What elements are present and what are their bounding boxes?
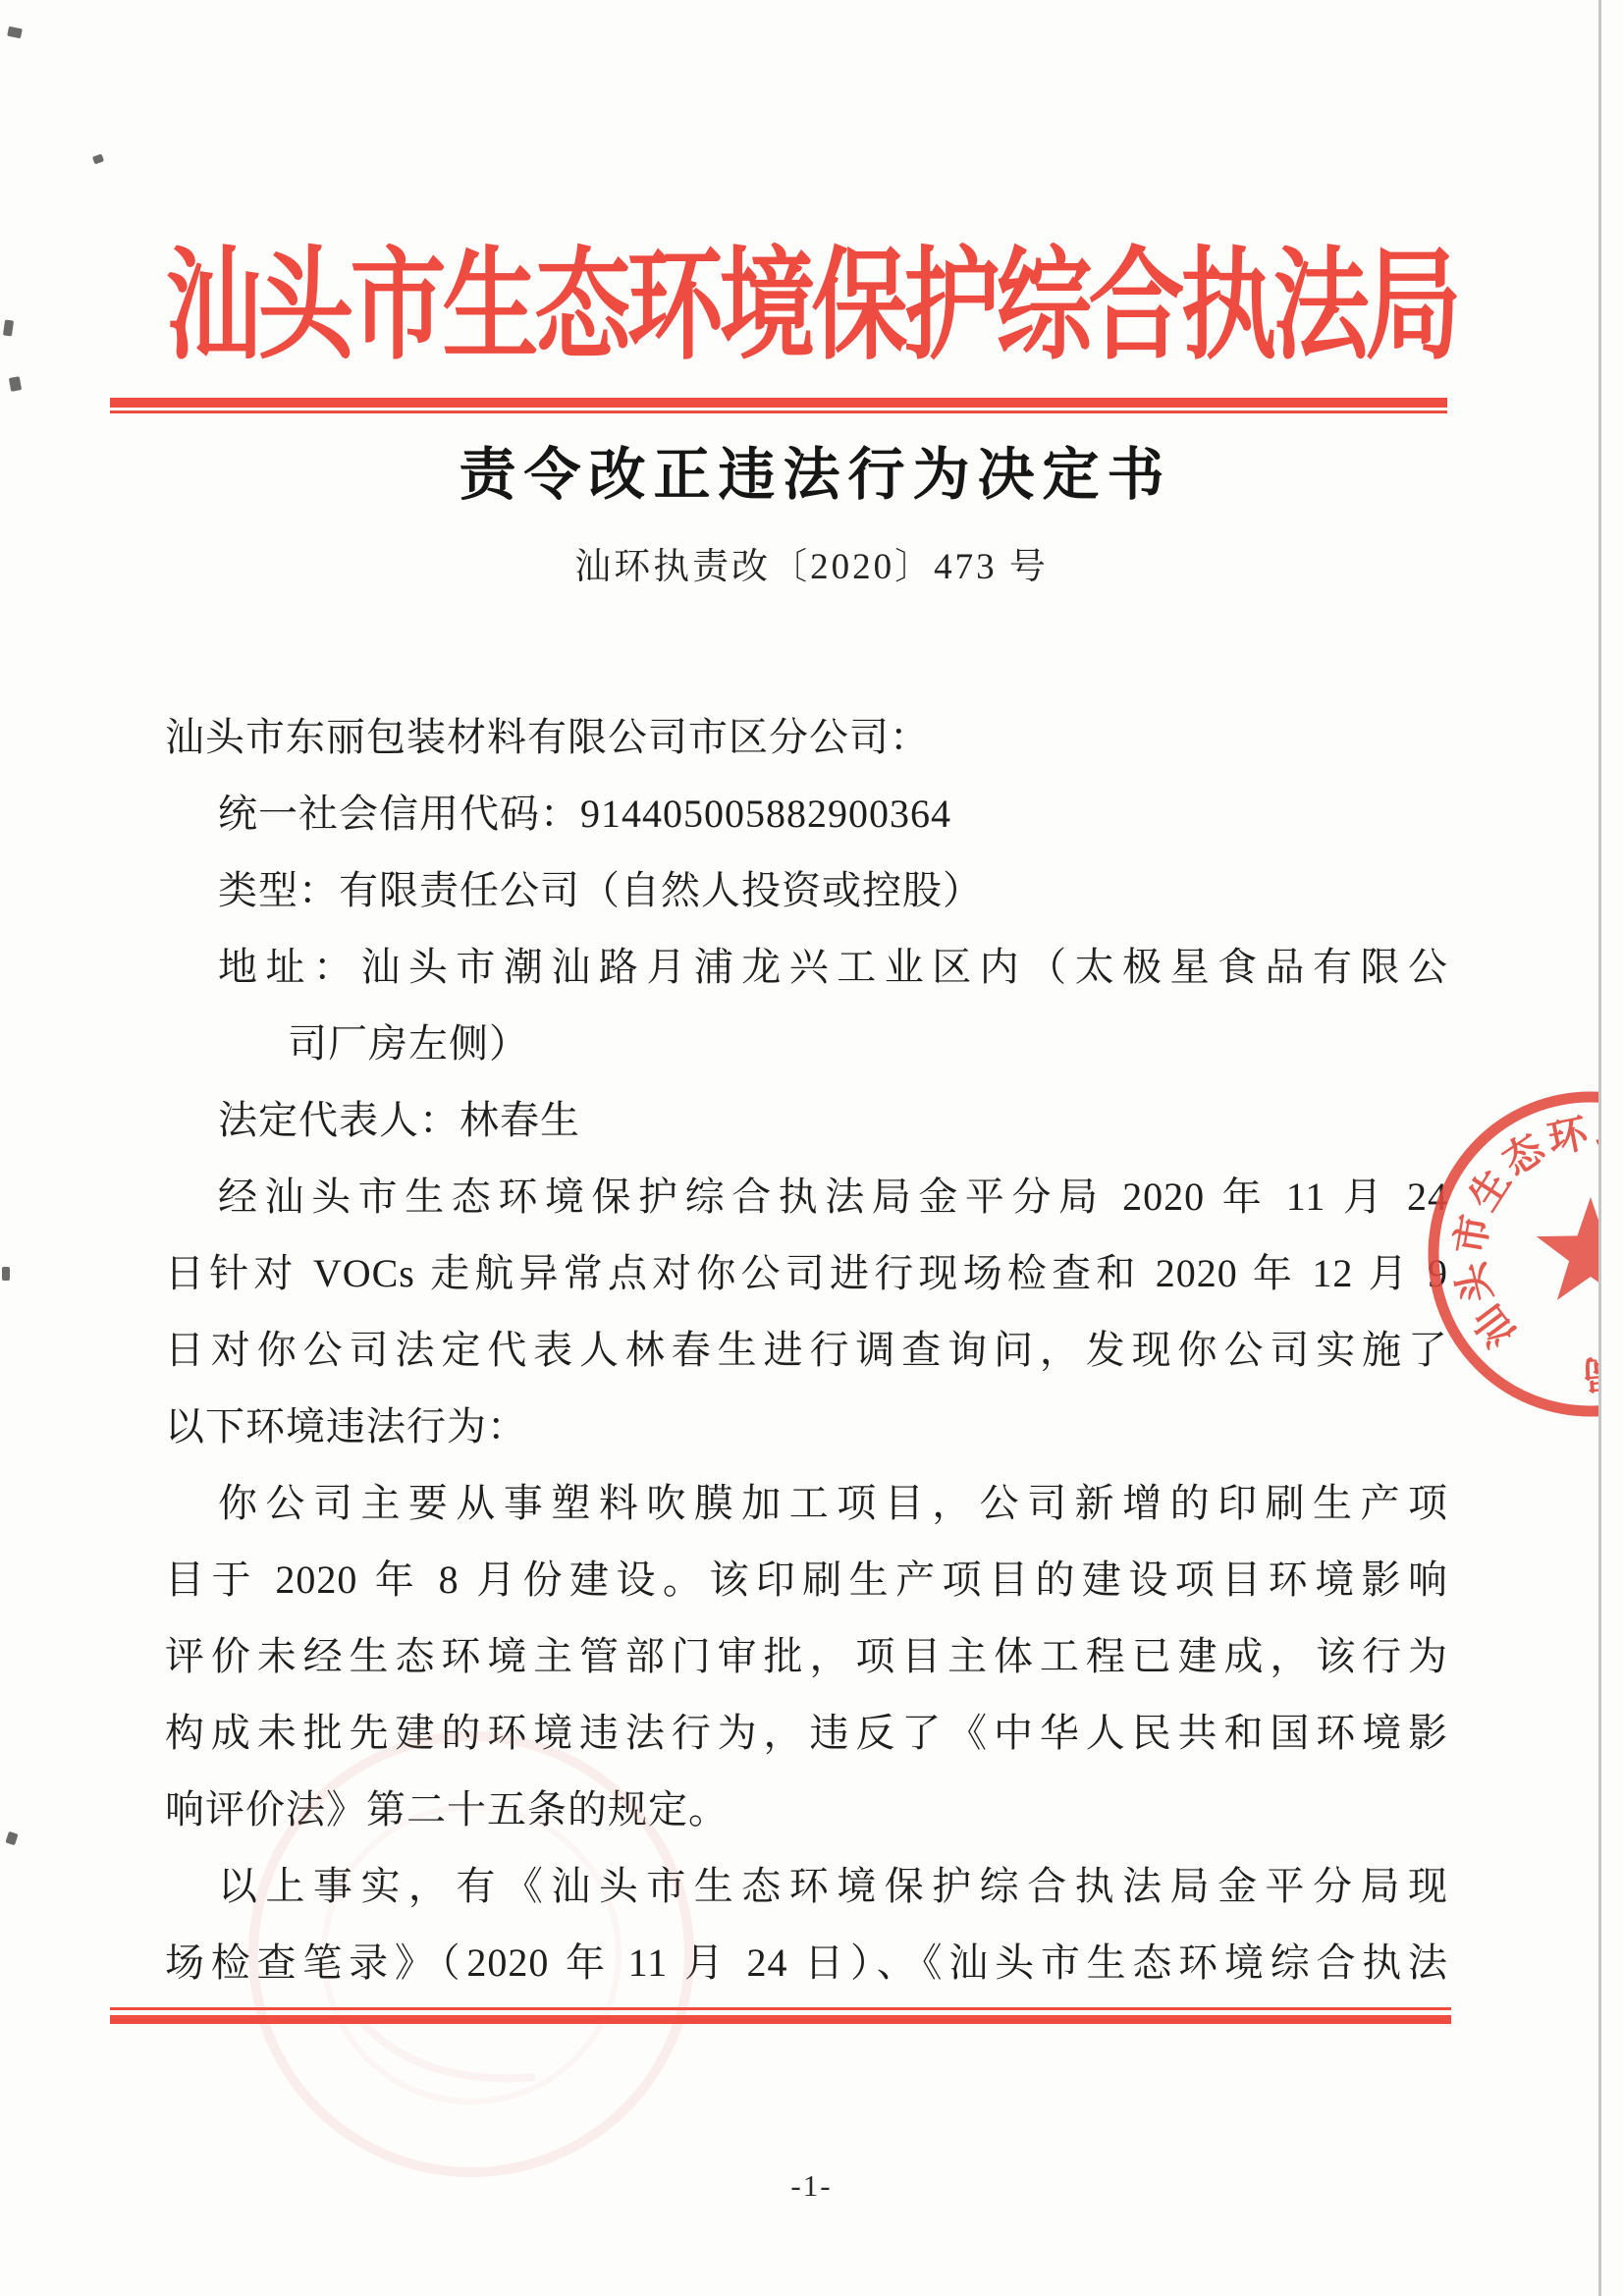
svg-text:头: 头 [1448,1257,1500,1307]
seal-bleedthrough [241,1723,702,2185]
official-seal: 汕头市生态环境保护综合执法局 [1426,1085,1600,1429]
body-line: 汕头市东丽包装材料有限公司市区分公司： [165,699,1448,776]
body-line: 日针对 VOCs 走航异常点对你公司进行现场检查和 2020 年 12 月 9 [165,1235,1448,1312]
page-number: -1- [0,2168,1623,2204]
agency-header: 汕头市生态环境保护综合执法局 [0,240,1623,376]
document-number: 汕环执责改〔2020〕473 号 [0,546,1623,589]
body-line: 司厂房左侧） [165,1006,1448,1082]
body-line: 统一社会信用代码：914405005882900364 [165,776,1448,852]
svg-text:环: 环 [1544,1111,1593,1162]
body-line: 日对你公司法定代表人林春生进行调查询问，发现你公司实施了 [165,1312,1448,1389]
scan-speck [2,1267,10,1281]
paper-edge-line [1598,0,1601,2296]
letterhead-rule-thick [110,398,1447,408]
body-line: 类型：有限责任公司（自然人投资或控股） [165,852,1448,929]
footer-rule-thin [110,2007,1451,2010]
body-line: 评价未经生态环境主管部门审批，项目主体工程已建成，该行为 [165,1618,1448,1695]
body-line: 你公司主要从事塑料吹膜加工项目，公司新增的印刷生产项 [165,1465,1448,1542]
scan-speck [9,376,22,392]
body-line: 经汕头市生态环境保护综合执法局金平分局 2020 年 11 月 24 [165,1159,1448,1235]
body-line: 目于 2020 年 8 月份建设。该印刷生产项目的建设项目环境影响 [165,1542,1448,1618]
letterhead-rule-thin [110,410,1447,413]
body-line: 地址：汕头市潮汕路月浦龙兴工业区内（太极星食品有限公 [165,929,1448,1006]
footer-rule-thick [110,2015,1451,2024]
scan-speck [5,1831,18,1846]
svg-text:市: 市 [1447,1212,1497,1258]
body-line: 以下环境违法行为： [165,1389,1448,1465]
svg-text:局: 局 [1580,1349,1600,1397]
svg-text:汕: 汕 [1466,1297,1525,1355]
document-page: 汕头市生态环境保护综合执法局 责令改正违法行为决定书 汕环执责改〔2020〕47… [0,0,1623,2296]
document-title: 责令改正违法行为决定书 [0,444,1623,507]
scan-speck [7,27,23,39]
body-line: 法定代表人：林春生 [165,1082,1448,1159]
scan-speck [92,154,104,165]
